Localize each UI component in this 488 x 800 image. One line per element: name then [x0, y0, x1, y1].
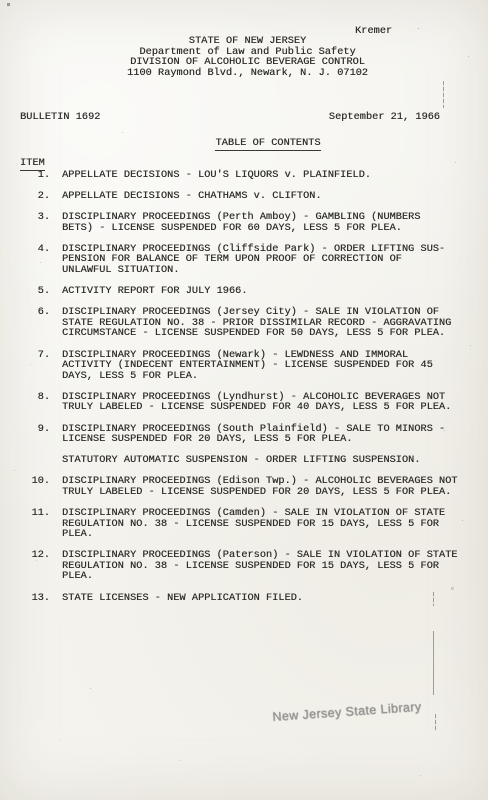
item-number: 9. [31, 424, 50, 445]
toc-item-9: 9. DISCIPLINARY PROCEEDINGS (South Plain… [31, 424, 478, 445]
item-text: DISCIPLINARY PROCEEDINGS (Paterson) - SA… [62, 550, 478, 582]
item-number: 12. [31, 550, 50, 582]
toc-item-8: 8. DISCIPLINARY PROCEEDINGS (Lyndhurst) … [31, 392, 478, 413]
letterhead-address: 1100 Raymond Blvd., Newark, N. J. 07102 [7, 68, 488, 79]
toc-title-wrap: TABLE OF CONTENTS [0, 132, 488, 151]
item-text: DISCIPLINARY PROCEEDINGS (South Plainfie… [62, 424, 478, 445]
item-column-heading: ITEM [20, 152, 45, 171]
toc-item-9-statutory-note: STATUTORY AUTOMATIC SUSPENSION - ORDER L… [31, 455, 478, 466]
bulletin-date: September 21, 1966 [329, 112, 440, 123]
item-text: APPELLATE DECISIONS - CHATHAMS v. CLIFTO… [62, 191, 478, 202]
scan-artifact-line [443, 81, 444, 108]
item-text: DISCIPLINARY PROCEEDINGS (Lyndhurst) - A… [62, 392, 478, 413]
bulletin-row: BULLETIN 1692 September 21, 1966 [20, 112, 440, 123]
item-text: DISCIPLINARY PROCEEDINGS (Perth Amboy) -… [62, 212, 478, 233]
toc-item-7: 7. DISCIPLINARY PROCEEDINGS (Newark) - L… [31, 350, 478, 382]
toc-title: TABLE OF CONTENTS [215, 138, 320, 151]
item-text: DISCIPLINARY PROCEEDINGS (Newark) - LEWD… [62, 350, 478, 382]
item-number: 5. [31, 286, 50, 297]
letterhead-state: STATE OF NEW JERSEY [7, 36, 488, 47]
toc-item-6: 6. DISCIPLINARY PROCEEDINGS (Jersey City… [31, 307, 478, 339]
toc-item-2: 2. APPELLATE DECISIONS - CHATHAMS v. CLI… [31, 191, 478, 202]
item-number: 10. [31, 476, 50, 497]
bulletin-number: BULLETIN 1692 [20, 112, 100, 123]
item-number: 3. [31, 212, 50, 233]
scan-artifact-line [433, 631, 434, 695]
item-number: 8. [31, 392, 50, 413]
item-text: DISCIPLINARY PROCEEDINGS (Edison Twp.) -… [62, 476, 478, 497]
library-stamp: New Jersey State Library [272, 700, 422, 724]
handwritten-name-annotation: Kremer [355, 26, 392, 37]
toc-item-13: 13. STATE LICENSES - NEW APPLICATION FIL… [31, 593, 478, 604]
toc-item-10: 10. DISCIPLINARY PROCEEDINGS (Edison Twp… [31, 476, 478, 497]
item-text: DISCIPLINARY PROCEEDINGS (Camden) - SALE… [62, 508, 478, 540]
item-number: 13. [31, 593, 50, 604]
item-text: STATUTORY AUTOMATIC SUSPENSION - ORDER L… [62, 455, 478, 466]
scan-noise-specks [0, 0, 1, 1]
toc-item-5: 5. ACTIVITY REPORT FOR JULY 1966. [31, 286, 478, 297]
item-text: DISCIPLINARY PROCEEDINGS (Jersey City) -… [62, 307, 478, 339]
letterhead: STATE OF NEW JERSEY Department of Law an… [0, 36, 488, 78]
item-number: 11. [31, 508, 50, 540]
item-number [31, 455, 50, 466]
toc-item-11: 11. DISCIPLINARY PROCEEDINGS (Camden) - … [31, 508, 478, 540]
scan-artifact-line [435, 714, 436, 731]
item-number: 2. [31, 191, 50, 202]
toc-list: 1. APPELLATE DECISIONS - LOU'S LIQUORS v… [31, 170, 478, 614]
toc-item-1: 1. APPELLATE DECISIONS - LOU'S LIQUORS v… [31, 170, 478, 181]
item-number: 1. [31, 170, 50, 181]
toc-item-3: 3. DISCIPLINARY PROCEEDINGS (Perth Amboy… [31, 212, 478, 233]
toc-item-12: 12. DISCIPLINARY PROCEEDINGS (Paterson) … [31, 550, 478, 582]
item-text: APPELLATE DECISIONS - LOU'S LIQUORS v. P… [62, 170, 478, 181]
item-text: ACTIVITY REPORT FOR JULY 1966. [62, 286, 478, 297]
item-number: 4. [31, 244, 50, 276]
scan-artifact-line [433, 592, 434, 606]
item-text: STATE LICENSES - NEW APPLICATION FILED. [62, 593, 478, 604]
scanned-document-page: Kremer STATE OF NEW JERSEY Department of… [0, 0, 488, 800]
toc-item-4: 4. DISCIPLINARY PROCEEDINGS (Cliffside P… [31, 244, 478, 276]
item-number: 6. [31, 307, 50, 339]
item-number: 7. [31, 350, 50, 382]
item-text: DISCIPLINARY PROCEEDINGS (Cliffside Park… [62, 244, 478, 276]
